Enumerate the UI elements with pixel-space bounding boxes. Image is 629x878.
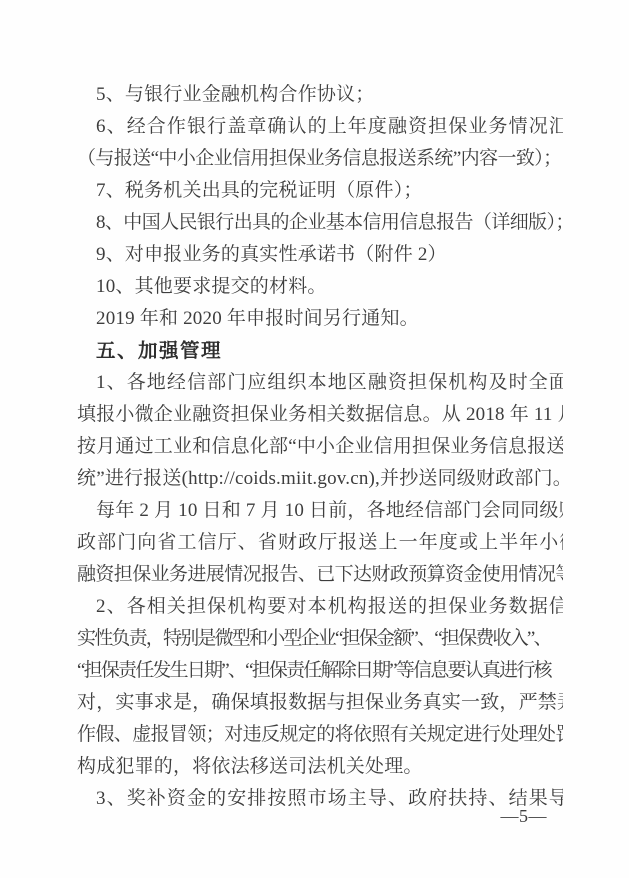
notice-line: 2019 年和 2020 年申报时间另行通知。 — [77, 303, 563, 335]
section-heading: 五、加强管理 — [77, 335, 563, 367]
document-body: 5、与银行业金融机构合作协议； 6、经合作银行盖章确认的上年度融资担保业务情况汇… — [77, 79, 563, 815]
list-item-6: 6、经合作银行盖章确认的上年度融资担保业务情况汇总表 — [77, 111, 563, 143]
para-3-line-3: “担保责任发生日期”、“担保责任解除日期”等信息要认真进行核 — [77, 655, 563, 687]
para-3-line-2: 实性负责，特别是微型和小型企业“担保金额”、“担保费收入”、 — [77, 623, 563, 655]
list-item-9: 9、对申报业务的真实性承诺书（附件 2） — [77, 239, 563, 271]
para-3-line-1: 2、各相关担保机构要对本机构报送的担保业务数据信息真 — [77, 591, 563, 623]
para-2-line-3: 融资担保业务进展情况报告、已下达财政预算资金使用情况等。 — [77, 559, 563, 591]
para-3-line-6: 构成犯罪的，将依法移送司法机关处理。 — [77, 751, 563, 783]
list-item-10: 10、其他要求提交的材料。 — [77, 271, 563, 303]
para-3-line-5: 作假、虚报冒领；对违反规定的将依照有关规定进行处理处罚； — [77, 719, 563, 751]
list-item-5: 5、与银行业金融机构合作协议； — [77, 79, 563, 111]
para-2-line-1: 每年 2 月 10 日和 7 月 10 日前，各地经信部门会同同级财 — [77, 495, 563, 527]
list-item-6-cont: （与报送“中小企业信用担保业务信息报送系统”内容一致）； — [77, 143, 563, 175]
para-1-line-4-url: 统”进行报送(http://coids.miit.gov.cn),并抄送同级财政… — [77, 463, 563, 495]
para-1-line-2: 填报小微企业融资担保业务相关数据信息。从 2018 年 11 月起， — [77, 399, 563, 431]
list-item-7: 7、税务机关出具的完税证明（原件）； — [77, 175, 563, 207]
para-1-line-3: 按月通过工业和信息化部“中小企业信用担保业务信息报送系 — [77, 431, 563, 463]
document-page: 5、与银行业金融机构合作协议； 6、经合作银行盖章确认的上年度融资担保业务情况汇… — [0, 0, 629, 878]
para-1-line-1: 1、各地经信部门应组织本地区融资担保机构及时全面准确 — [77, 367, 563, 399]
page-number: —5— — [77, 806, 547, 827]
para-2-line-2: 政部门向省工信厅、省财政厅报送上一年度或上半年小微企业 — [77, 527, 563, 559]
para-3-line-4: 对，实事求是，确保填报数据与担保业务真实一致，严禁弄虚 — [77, 687, 563, 719]
list-item-8: 8、中国人民银行出具的企业基本信用信息报告（详细版）； — [77, 207, 563, 239]
